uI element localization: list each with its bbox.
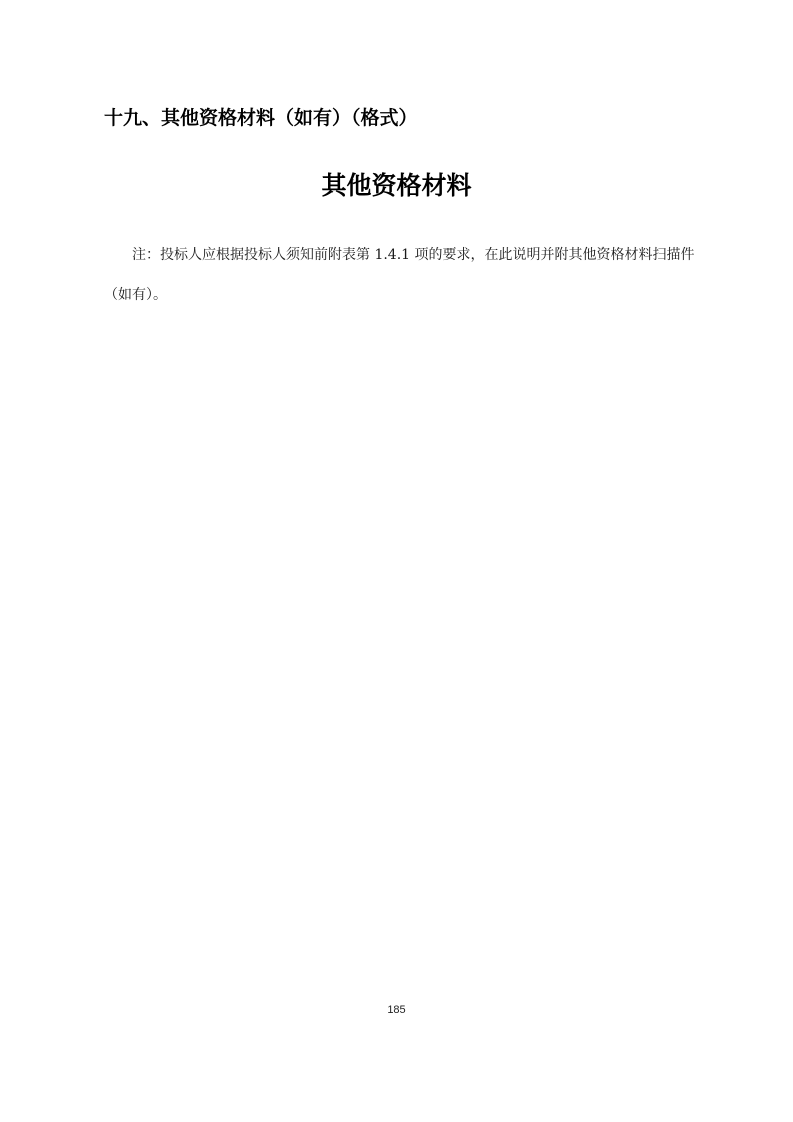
note-line-2: （如有）。 <box>104 282 694 308</box>
section-heading: 十九、其他资格材料（如有）（格式） <box>104 104 418 132</box>
document-page: 十九、其他资格材料（如有）（格式） 其他资格材料 注：投标人应根据投标人须知前附… <box>0 0 793 1122</box>
page-title: 其他资格材料 <box>0 168 793 204</box>
instruction-note: 注：投标人应根据投标人须知前附表第 1.4.1 项的要求，在此说明并附其他资格材… <box>104 242 694 308</box>
note-line-1: 注：投标人应根据投标人须知前附表第 1.4.1 项的要求，在此说明并附其他资格材… <box>104 242 694 268</box>
page-number: 185 <box>0 1003 793 1017</box>
